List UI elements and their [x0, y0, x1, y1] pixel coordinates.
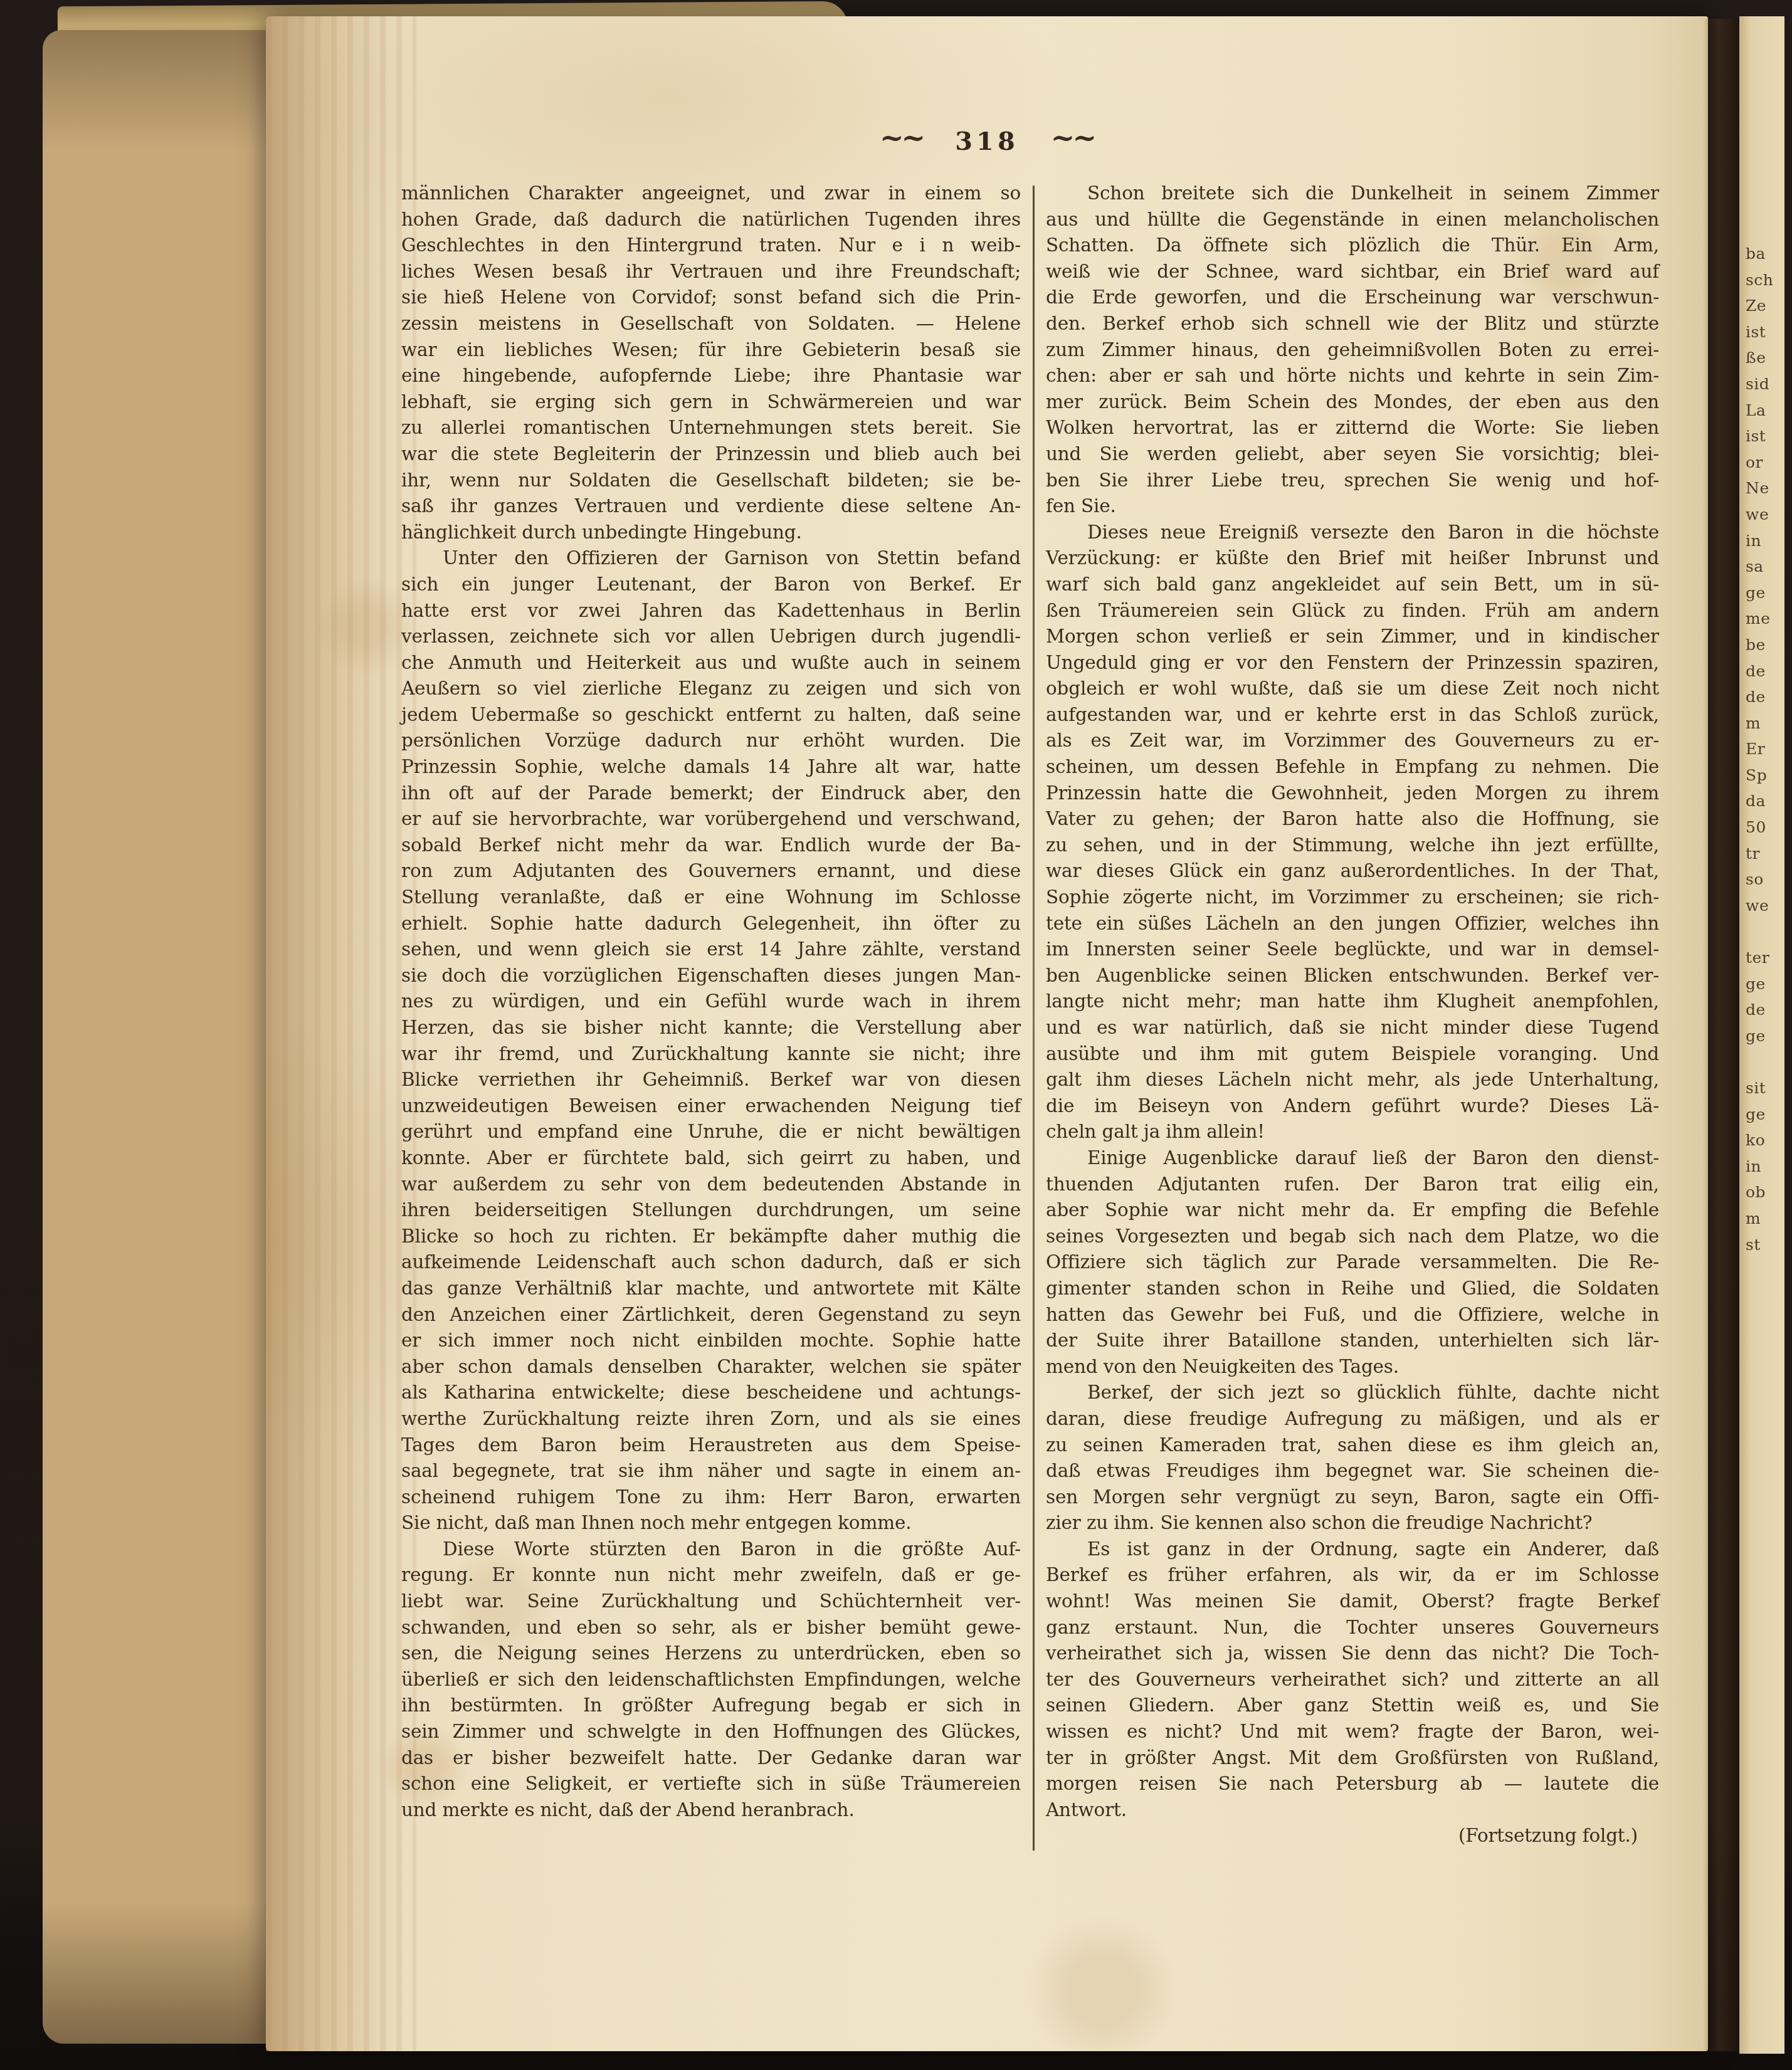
text-line: gerührt und empfand eine Unruhe, die er …: [401, 1119, 1021, 1145]
next-page-text-fragment: ist: [1746, 423, 1784, 449]
text-line: Schon breitete sich die Dunkelheit in se…: [1046, 181, 1659, 207]
text-line: Wolken hervortrat, las er zitternd die W…: [1046, 415, 1659, 441]
text-line: Blicke so hoch zu richten. Er bekämpfte …: [401, 1224, 1021, 1250]
text-line: liches Wesen besaß ihr Vertrauen und ihr…: [401, 259, 1021, 285]
text-line: die Erde geworfen, und die Erscheinung w…: [1046, 285, 1659, 311]
text-line: langte nicht mehr; man hatte ihm Klughei…: [1046, 989, 1659, 1015]
paragraph: Berkef, der sich jezt so glücklich fühlt…: [1046, 1380, 1659, 1537]
text-line: mend von den Neuigkeiten des Tages.: [1046, 1354, 1659, 1380]
text-line: hohen Grade, daß dadurch die natürlichen…: [401, 207, 1021, 233]
text-line: Geschlechtes in den Hintergrund traten. …: [401, 233, 1021, 259]
text-line: den Anzeichen einer Zärtlichkeit, deren …: [401, 1302, 1021, 1328]
text-line: sie hieß Helene von Corvidof; sonst befa…: [401, 285, 1021, 311]
text-line: daran, diese freudige Aufregung zu mäßig…: [1046, 1406, 1659, 1432]
text-line: ßen Träumereien sein Glück zu finden. Fr…: [1046, 598, 1659, 624]
text-line: sie doch die vorzüglichen Eigenschaften …: [401, 963, 1021, 989]
text-line: sen Morgen sehr vergnügt zu seyn, Baron,…: [1046, 1484, 1659, 1511]
text-line: Aeußern so viel zierliche Eleganz zu zei…: [401, 676, 1021, 702]
text-line: regung. Er konnte nun nicht mehr zweifel…: [401, 1562, 1021, 1589]
next-page-text-fragment: or: [1746, 449, 1784, 476]
text-line: der Suite ihrer Bataillone standen, unte…: [1046, 1328, 1659, 1354]
text-line: Morgen schon verließ er sein Zimmer, und…: [1046, 624, 1659, 650]
text-line: Prinzessin Sophie, welche damals 14 Jahr…: [401, 754, 1021, 780]
text-line: zu seinen Kameraden trat, sahen diese es…: [1046, 1432, 1659, 1459]
text-line: che Anmuth und Heiterkeit aus und wußte …: [401, 650, 1021, 676]
next-page-text-fragment: m: [1746, 1206, 1784, 1232]
paragraph: Unter den Offizieren der Garnison von St…: [401, 545, 1021, 1537]
text-line: hänglichkeit durch unbedingte Hingebung.: [401, 520, 1021, 546]
text-line: ihn bestürmten. In größter Aufregung beg…: [401, 1693, 1021, 1719]
text-line: lebhaft, sie erging sich gern in Schwärm…: [401, 389, 1021, 416]
next-page-text-fragment: Ne: [1746, 475, 1784, 502]
text-line: Diese Worte stürzten den Baron in die gr…: [401, 1537, 1021, 1563]
scanned-book-photo: { "page_header": { "ornament_left": "~~"…: [0, 0, 1792, 2070]
text-line: Schatten. Da öffnete sich plözlich die T…: [1046, 233, 1659, 259]
next-page-text-fragment: 50: [1746, 814, 1784, 841]
right-column-paragraphs: Schon breitete sich die Dunkelheit in se…: [1046, 181, 1659, 1823]
text-line: gimenter standen schon in Reihe und Glie…: [1046, 1276, 1659, 1302]
next-page-text-fragment: ba: [1746, 241, 1784, 267]
text-line: war ein liebliches Wesen; für ihre Gebie…: [401, 337, 1021, 364]
next-page-text-fragment: [1746, 918, 1784, 945]
text-line: zu sehen, und in der Stimmung, welche ih…: [1046, 833, 1659, 859]
next-page-text-fragment: tr: [1746, 841, 1784, 867]
text-line: aufkeimende Leidenschaft auch schon dadu…: [401, 1249, 1021, 1276]
text-line: sich ein junger Leutenant, der Baron von…: [401, 572, 1021, 598]
next-page-text-fragment: ob: [1746, 1179, 1784, 1206]
next-page-text-fragment: st: [1746, 1232, 1784, 1258]
next-page-text-fragment: ge: [1746, 1101, 1784, 1128]
next-page-text-fragment: [1746, 1049, 1784, 1075]
text-line: wissen es nicht? Und mit wem? fragte der…: [1046, 1719, 1659, 1745]
text-line: sehen, und wenn gleich sie erst 14 Jahre…: [401, 937, 1021, 963]
text-line: unzweideutigen Beweisen einer erwachende…: [401, 1093, 1021, 1120]
page-number: 318: [955, 127, 1019, 156]
text-line: zum Zimmer hinaus, den geheimnißvollen B…: [1046, 337, 1659, 364]
header-ornament-left: ~~: [880, 120, 923, 154]
book-fore-edge-pages: [43, 30, 276, 2044]
next-page-text-fragment: ße: [1746, 345, 1784, 371]
text-line: hatte erst vor zwei Jahren das Kadettenh…: [401, 598, 1021, 624]
text-line: warf sich bald ganz angekleidet auf sein…: [1046, 572, 1659, 598]
header-ornament-right: ~~: [1051, 120, 1094, 154]
continuation-notice: (Fortsetzung folgt.): [1046, 1823, 1659, 1849]
text-line: Dieses neue Ereigniß versezte den Baron …: [1046, 520, 1659, 546]
next-page-text-fragment: ter: [1746, 945, 1784, 971]
text-line: tete ein süßes Lächeln an den jungen Off…: [1046, 911, 1659, 937]
next-page-text-fragment: ge: [1746, 971, 1784, 997]
text-line: Herzen, das sie bisher nicht kannte; die…: [401, 1015, 1021, 1041]
text-line: und Sie werden geliebt, aber seyen Sie v…: [1046, 441, 1659, 468]
text-line: als es Zeit war, im Vorzimmer des Gouver…: [1046, 728, 1659, 754]
next-page-text-fragment: Ze: [1746, 293, 1784, 319]
next-page-text-fragment: be: [1746, 632, 1784, 658]
page-header: ~~ 318 ~~: [266, 123, 1708, 167]
text-line: Sophie zögerte nicht, im Vorzimmer zu er…: [1046, 885, 1659, 911]
text-line: er sich immer noch nicht einbilden mocht…: [401, 1328, 1021, 1354]
text-line: Tages dem Baron beim Heraustreten aus de…: [401, 1432, 1021, 1459]
next-page-text-fragment: ge: [1746, 1023, 1784, 1049]
text-line: persönlichen Vorzüge dadurch nur erhöht …: [401, 728, 1021, 754]
text-line: Offiziere sich täglich zur Parade versam…: [1046, 1249, 1659, 1276]
next-page-text-fragment: m: [1746, 710, 1784, 737]
next-page-fragments: baschZeistßesidLaistorNeweinsagemebedede…: [1739, 16, 1784, 1258]
next-page-text-fragment: Sp: [1746, 762, 1784, 789]
text-line: Ungeduld ging er vor den Fenstern der Pr…: [1046, 650, 1659, 676]
text-line: Blicke verriethen ihr Geheimniß. Berkef …: [401, 1067, 1021, 1093]
text-line: zu allerlei romantischen Unternehmungen …: [401, 415, 1021, 441]
column-divider-rule: [1033, 186, 1035, 1851]
text-line: seines Vorgesezten und begab sich nach d…: [1046, 1224, 1659, 1250]
text-line: morgen reisen Sie nach Petersburg ab — l…: [1046, 1771, 1659, 1797]
text-line: ter des Gouverneurs verheirathet sich? u…: [1046, 1667, 1659, 1693]
next-page-text-fragment: in: [1746, 1153, 1784, 1180]
text-line: obgleich er wohl wußte, daß sie um diese…: [1046, 676, 1659, 702]
text-line: Sie nicht, daß man Ihnen noch mehr entge…: [401, 1510, 1021, 1537]
text-line: und es war natürlich, daß sie nicht mind…: [1046, 1015, 1659, 1041]
text-line: war ihr fremd, und Zurückhaltung kannte …: [401, 1041, 1021, 1068]
text-line: Stellung veranlaßte, daß er eine Wohnung…: [401, 885, 1021, 911]
text-line: und merkte es nicht, daß der Abend heran…: [401, 1797, 1021, 1824]
text-line: aber schon damals denselben Charakter, w…: [401, 1354, 1021, 1380]
text-line: konnte. Aber er fürchtete bald, sich gei…: [401, 1145, 1021, 1172]
text-line: er auf sie hervorbrachte, war vorübergeh…: [401, 806, 1021, 833]
paragraph: Diese Worte stürzten den Baron in die gr…: [401, 1537, 1021, 1824]
text-line: erhielt. Sophie hatte dadurch Gelegenhei…: [401, 911, 1021, 937]
page-gutter-shadow: [1703, 19, 1739, 2051]
text-line: war außerdem zu sehr von dem bedeutenden…: [401, 1172, 1021, 1198]
text-line: aus und hüllte die Gegenstände in einen …: [1046, 207, 1659, 233]
text-line: scheinen, um dessen Befehle in Empfang z…: [1046, 754, 1659, 780]
text-line: werthe Zurückhaltung reizte ihren Zorn, …: [401, 1406, 1021, 1432]
text-line: ron zum Adjutanten des Gouverners ernann…: [401, 858, 1021, 885]
text-line: mer zurück. Beim Schein des Mondes, der …: [1046, 389, 1659, 416]
next-page-text-fragment: so: [1746, 866, 1784, 893]
paragraph: Einige Augenblicke darauf ließ der Baron…: [1046, 1145, 1659, 1380]
text-line: aufgestanden war, und er kehrte erst in …: [1046, 702, 1659, 728]
text-line: hatten das Gewehr bei Fuß, und die Offiz…: [1046, 1302, 1659, 1328]
paragraph: Es ist ganz in der Ordnung, sagte ein An…: [1046, 1537, 1659, 1824]
text-line: jedem Uebermaße so geschickt entfernt zu…: [401, 702, 1021, 728]
text-line: Es ist ganz in der Ordnung, sagte ein An…: [1046, 1537, 1659, 1563]
next-page-text-fragment: sit: [1746, 1075, 1784, 1101]
text-line: schon eine Seligkeit, er vertiefte sich …: [401, 1771, 1021, 1797]
text-line: Berkef, der sich jezt so glücklich fühlt…: [1046, 1380, 1659, 1406]
facing-page-sliver: baschZeistßesidLaistorNeweinsagemebedede…: [1739, 16, 1784, 2054]
next-page-text-fragment: da: [1746, 788, 1784, 814]
next-page-text-fragment: La: [1746, 397, 1784, 424]
text-line: sen, die Neigung seines Herzens zu unter…: [401, 1641, 1021, 1667]
text-line: war die stete Begleiterin der Prinzessin…: [401, 441, 1021, 468]
text-line: Berkef es früher erfahren, als wir, da e…: [1046, 1562, 1659, 1589]
next-page-text-fragment: we: [1746, 502, 1784, 528]
text-line: das er bisher bezweifelt hatte. Der Geda…: [401, 1745, 1021, 1772]
next-page-text-fragment: Er: [1746, 736, 1784, 762]
text-line: Prinzessin hatte die Gewohnheit, jeden M…: [1046, 780, 1659, 807]
text-line: verlassen, zeichnete sich vor allen Uebr…: [401, 624, 1021, 650]
next-page-text-fragment: me: [1746, 606, 1784, 632]
text-line: ihn oft auf der Parade bemerkt; der Eind…: [401, 780, 1021, 807]
text-line: galt ihm dieses Lächeln nicht mehr, als …: [1046, 1067, 1659, 1093]
text-line: das ganze Verhältniß klar machte, und an…: [401, 1276, 1021, 1302]
text-line: den. Berkef erhob sich schnell wie der B…: [1046, 311, 1659, 337]
text-line: Vater zu gehen; der Baron hatte also die…: [1046, 806, 1659, 833]
next-page-text-fragment: we: [1746, 893, 1784, 919]
text-line: zier zu ihm. Sie kennen also schon die f…: [1046, 1510, 1659, 1537]
paragraph: Dieses neue Ereigniß versezte den Baron …: [1046, 520, 1659, 1145]
text-line: fen Sie.: [1046, 493, 1659, 520]
right-text-column: Schon breitete sich die Dunkelheit in se…: [1046, 181, 1659, 1849]
text-line: ben Sie ihrer Liebe treu, sprechen Sie w…: [1046, 468, 1659, 494]
text-line: weiß wie der Schnee, ward sichtbar, ein …: [1046, 259, 1659, 285]
text-line: ausübte und ihm mit gutem Beispiele vora…: [1046, 1041, 1659, 1068]
text-line: scheinend ruhigem Tone zu ihm: Herr Baro…: [401, 1484, 1021, 1511]
text-line: aber Sophie war nicht mehr da. Er empfin…: [1046, 1197, 1659, 1224]
next-page-text-fragment: sa: [1746, 554, 1784, 580]
text-line: eine hingebende, aufopfernde Liebe; ihre…: [401, 363, 1021, 389]
text-line: als Katharina entwickelte; diese beschei…: [401, 1380, 1021, 1406]
text-line: seinen Gliedern. Aber ganz Stettin weiß …: [1046, 1693, 1659, 1719]
text-line: schwanden, und eben so sehr, als er bish…: [401, 1615, 1021, 1641]
text-line: zessin meistens in Gesellschaft von Sold…: [401, 311, 1021, 337]
text-line: thuenden Adjutanten rufen. Der Baron tra…: [1046, 1172, 1659, 1198]
text-line: wohnt! Was meinen Sie damit, Oberst? fra…: [1046, 1589, 1659, 1615]
text-line: liebt war. Seine Zurückhaltung und Schüc…: [401, 1589, 1021, 1615]
paragraph: Schon breitete sich die Dunkelheit in se…: [1046, 181, 1659, 520]
text-line: männlichen Charakter angeeignet, und zwa…: [401, 181, 1021, 207]
text-line: verheirathet sich ja, wissen Sie denn da…: [1046, 1641, 1659, 1667]
text-line: ganz erstaunt. Nun, die Tochter unseres …: [1046, 1615, 1659, 1641]
next-page-text-fragment: sch: [1746, 267, 1784, 293]
text-line: cheln galt ja ihm allein!: [1046, 1119, 1659, 1145]
text-line: Antwort.: [1046, 1797, 1659, 1824]
next-page-text-fragment: de: [1746, 658, 1784, 685]
next-page-text-fragment: in: [1746, 528, 1784, 554]
next-page-text-fragment: ko: [1746, 1127, 1784, 1153]
next-page-text-fragment: sid: [1746, 371, 1784, 397]
text-line: die im Beiseyn von Andern geführt wurde?…: [1046, 1093, 1659, 1120]
text-line: ihren beiderseitigen Stellungen durchdru…: [401, 1197, 1021, 1224]
text-line: ter in größter Angst. Mit dem Großfürste…: [1046, 1745, 1659, 1772]
text-line: chen: aber er sah und hörte nichts und k…: [1046, 363, 1659, 389]
text-line: überließ er sich den leidenschaftlichste…: [401, 1667, 1021, 1693]
text-line: saß ihr ganzes Vertrauen und verdiente d…: [401, 493, 1021, 520]
text-line: sobald Berkef nicht mehr da war. Endlich…: [401, 833, 1021, 859]
text-line: im Innersten seiner Seele beglückte, und…: [1046, 937, 1659, 963]
text-line: sein Zimmer und schwelgte in den Hoffnun…: [401, 1719, 1021, 1745]
text-line: ihr, wenn nur Soldaten die Gesellschaft …: [401, 468, 1021, 494]
next-page-text-fragment: ist: [1746, 319, 1784, 345]
text-line: Unter den Offizieren der Garnison von St…: [401, 545, 1021, 572]
text-line: daß etwas Freudiges ihm begegnet war. Si…: [1046, 1458, 1659, 1484]
text-line: ben Augenblicke seinen Blicken entschwun…: [1046, 963, 1659, 989]
text-line: Verzückung: er küßte den Brief mit heiße…: [1046, 545, 1659, 572]
text-line: nes zu würdigen, und ein Gefühl wurde wa…: [401, 989, 1021, 1015]
next-page-text-fragment: de: [1746, 684, 1784, 710]
text-line: war dieses Glück ein ganz außerordentlic…: [1046, 858, 1659, 885]
text-line: saal begegnete, trat sie ihm näher und s…: [401, 1458, 1021, 1484]
paragraph: männlichen Charakter angeeignet, und zwa…: [401, 181, 1021, 545]
next-page-text-fragment: ge: [1746, 580, 1784, 606]
next-page-text-fragment: de: [1746, 997, 1784, 1023]
left-text-column: männlichen Charakter angeeignet, und zwa…: [401, 181, 1021, 1823]
text-line: Einige Augenblicke darauf ließ der Baron…: [1046, 1145, 1659, 1172]
